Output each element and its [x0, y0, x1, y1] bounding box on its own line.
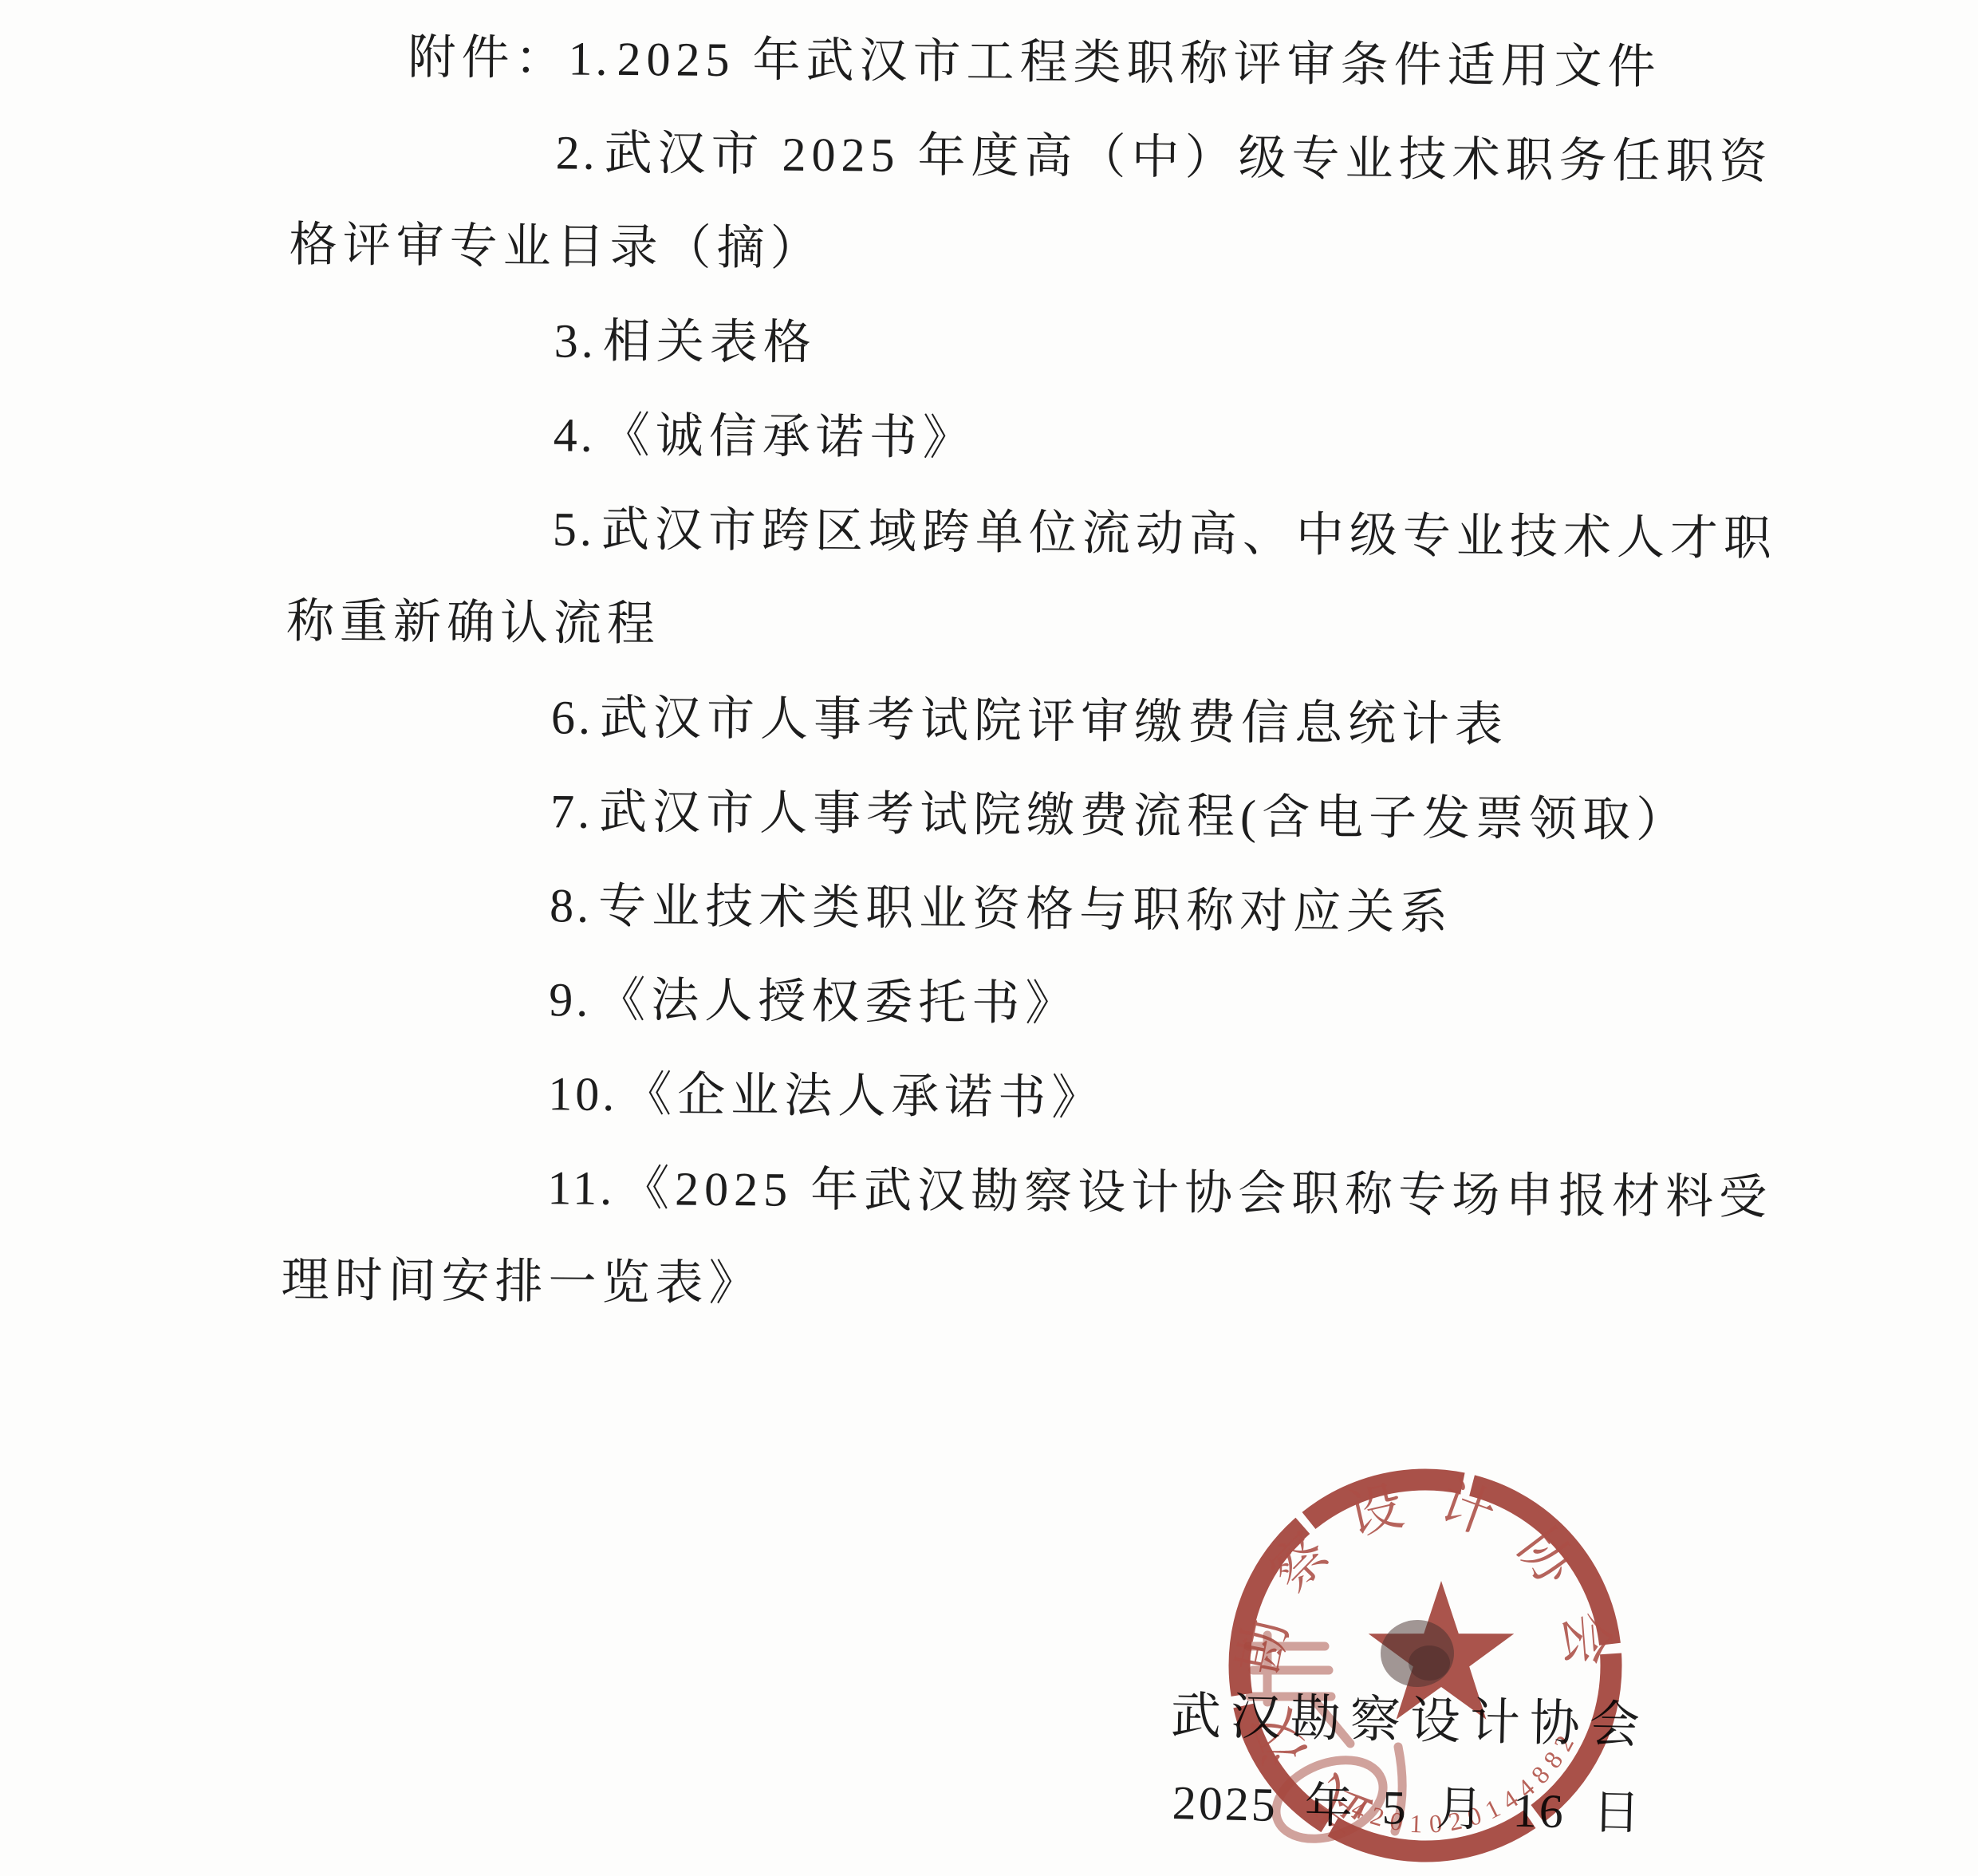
- attachment-item-continuation: 称重新确认流程: [0, 572, 1973, 681]
- attachment-item-2: 2.武汉市 2025 年度高（中）级专业技术职务任职资: [0, 101, 1977, 211]
- attachment-item-1: 附件：1.2025 年武汉市工程类职称评审条件适用文件: [0, 7, 1978, 116]
- attachment-item-3: 3.相关表格: [0, 290, 1976, 399]
- attachment-title: 武汉市人事考试院评审缴费信息统计表: [600, 692, 1508, 751]
- attachment-title: 《法人授权委托书》: [597, 974, 1078, 1031]
- attachment-number: 4.: [554, 408, 603, 461]
- attachment-item-7: 7.武汉市人事考试院缴费流程(含电子发票领取）: [0, 760, 1972, 869]
- scanned-document-page: 附件：1.2025 年武汉市工程类职称评审条件适用文件2.武汉市 2025 年度…: [0, 0, 1978, 1876]
- attachment-title: 武汉市人事考试院缴费流程(含电子发票领取）: [599, 786, 1689, 847]
- attachment-number: 2.: [555, 126, 605, 179]
- attachment-item-9: 9.《法人授权委托书》: [0, 948, 1971, 1058]
- attachment-number: 11.: [547, 1161, 621, 1215]
- attachments-label: 附件：: [408, 31, 569, 85]
- attachment-item-8: 8.专业技术类职业资格与职称对应关系: [0, 854, 1972, 964]
- attachment-item-continuation: 格评审专业目录（摘）: [0, 195, 1976, 305]
- attachment-number: 10.: [548, 1067, 625, 1121]
- attachment-number: 7.: [550, 785, 600, 837]
- attachment-number: 9.: [549, 973, 598, 1026]
- attachment-item-5: 5.武汉市跨区域跨单位流动高、中级专业技术人才职: [0, 478, 1974, 587]
- attachment-number: 1.: [568, 32, 617, 85]
- attachment-number: 3.: [554, 314, 603, 367]
- attachments-list: 附件：1.2025 年武汉市工程类职称评审条件适用文件2.武汉市 2025 年度…: [0, 7, 1978, 1340]
- seal-ink-blot-core: [1409, 1645, 1450, 1681]
- attachment-title: 武汉市跨区域跨单位流动高、中级专业技术人才职: [601, 503, 1777, 566]
- attachment-title: 《2025 年武汉勘察设计协会职称专场申报材料受: [621, 1162, 1772, 1224]
- attachment-title: 2025 年武汉市工程类职称评审条件适用文件: [617, 33, 1661, 93]
- attachment-item-11: 11.《2025 年武汉勘察设计协会职称专场申报材料受: [0, 1137, 1969, 1246]
- attachment-item-10: 10.《企业法人承诺书》: [0, 1042, 1970, 1152]
- attachment-number: 5.: [553, 503, 602, 555]
- attachment-item-continuation: 理时间安排一览表》: [0, 1231, 1968, 1340]
- official-seal-stamp: 武汉勘察设计协会 4201020144882: [1218, 1458, 1633, 1873]
- attachment-title: 《企业法人承诺书》: [624, 1068, 1105, 1125]
- attachment-title: 武汉市 2025 年度高（中）级专业技术职务任职资: [604, 127, 1772, 189]
- attachment-number: 6.: [551, 691, 601, 743]
- attachment-title: 相关表格: [602, 315, 817, 369]
- attachment-number: 8.: [550, 879, 599, 932]
- attachment-title: 《诚信承诺书》: [602, 409, 977, 465]
- attachment-item-6: 6.武汉市人事考试院评审缴费信息统计表: [0, 666, 1972, 775]
- attachment-item-4: 4.《诚信承诺书》: [0, 384, 1975, 493]
- attachment-title: 专业技术类职业资格与职称对应关系: [598, 880, 1453, 939]
